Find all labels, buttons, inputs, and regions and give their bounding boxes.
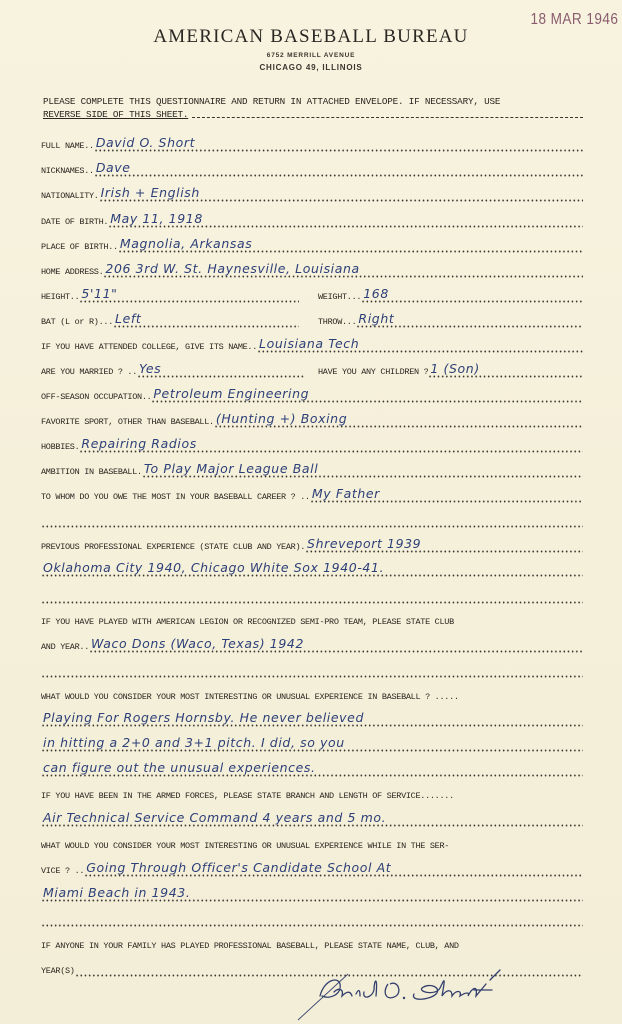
place-of-birth-value: Magnolia, Arkansas bbox=[120, 237, 253, 251]
service-experience-value1: Going Through Officer's Candidate School… bbox=[86, 861, 391, 875]
service-experience-value2: Miami Beach in 1943. bbox=[43, 886, 190, 900]
weight-value: 168 bbox=[363, 287, 389, 301]
semi-pro-line[interactable]: Waco Dons (Waco, Texas) 1942 bbox=[89, 637, 583, 653]
college-value: Louisiana Tech bbox=[259, 337, 359, 351]
armed-forces-label: IF YOU HAVE BEEN IN THE ARMED FORCES, PL… bbox=[41, 791, 454, 802]
favorite-sport-value: (Hunting +) Boxing bbox=[216, 412, 347, 426]
field-nationality: NATIONALITY. Irish + English bbox=[41, 186, 583, 202]
service-experience-line1[interactable]: Going Through Officer's Candidate School… bbox=[84, 861, 583, 877]
organization-name: AMERICAN BASEBALL BUREAU bbox=[0, 26, 622, 48]
off-season-occupation-line[interactable]: Petroleum Engineering bbox=[151, 387, 583, 403]
family-baseball-label-line1: IF ANYONE IN YOUR FAMILY HAS PLAYED PROF… bbox=[41, 941, 459, 952]
nicknames-line[interactable]: Dave bbox=[94, 161, 583, 177]
ambition-label: AMBITION IN BASEBALL. bbox=[41, 467, 142, 478]
previous-experience-line3[interactable] bbox=[41, 588, 583, 604]
semi-pro-line2[interactable] bbox=[41, 662, 583, 678]
date-of-birth-value: May 11, 1918 bbox=[110, 212, 203, 226]
owe-most-continuation-line[interactable] bbox=[41, 512, 583, 528]
service-experience-row3 bbox=[41, 911, 583, 927]
semi-pro-value: Waco Dons (Waco, Texas) 1942 bbox=[91, 637, 304, 651]
place-of-birth-label: PLACE OF BIRTH.. bbox=[41, 242, 118, 253]
field-throw: THROW... Right bbox=[318, 312, 583, 328]
field-height: HEIGHT.. 5'11" bbox=[41, 287, 299, 303]
field-armed-forces: IF YOU HAVE BEEN IN THE ARMED FORCES, PL… bbox=[41, 786, 583, 802]
off-season-occupation-label: OFF-SEASON OCCUPATION.. bbox=[41, 392, 151, 403]
nationality-line[interactable]: Irish + English bbox=[99, 186, 583, 202]
ambition-value: To Play Major League Ball bbox=[144, 462, 318, 476]
married-label: ARE YOU MARRIED ? .. bbox=[41, 367, 137, 378]
semi-pro-extra bbox=[41, 662, 583, 678]
field-hobbies: HOBBIES. Repairing Radios bbox=[41, 437, 583, 453]
married-line[interactable]: Yes bbox=[137, 362, 304, 378]
field-nicknames: NICKNAMES.. Dave bbox=[41, 161, 583, 177]
college-label: IF YOU HAVE ATTENDED COLLEGE, GIVE ITS N… bbox=[41, 342, 257, 353]
ambition-line[interactable]: To Play Major League Ball bbox=[142, 462, 583, 478]
field-semi-pro: AND YEAR.. Waco Dons (Waco, Texas) 1942 bbox=[41, 637, 583, 653]
baseball-experience-label: WHAT WOULD YOU CONSIDER YOUR MOST INTERE… bbox=[41, 692, 459, 703]
throw-line[interactable]: Right bbox=[356, 312, 583, 328]
family-baseball-label-line2: YEAR(S) bbox=[41, 966, 75, 977]
field-college: IF YOU HAVE ATTENDED COLLEGE, GIVE ITS N… bbox=[41, 337, 583, 353]
baseball-experience-value1: Playing For Rogers Hornsby. He never bel… bbox=[43, 711, 364, 725]
full-name-line[interactable]: David O. Short bbox=[94, 136, 583, 152]
previous-experience-continuation: Oklahoma City 1940, Chicago White Sox 19… bbox=[41, 561, 583, 577]
instructions-dash-rule bbox=[192, 117, 583, 118]
home-address-line[interactable]: 206 3rd W. St. Haynesville, Louisiana bbox=[103, 262, 583, 278]
service-experience-line2[interactable]: Miami Beach in 1943. bbox=[41, 886, 583, 902]
field-weight: WEIGHT... 168 bbox=[318, 287, 583, 303]
baseball-experience-row2: in hitting a 2+0 and 3+1 pitch. I did, s… bbox=[41, 736, 583, 752]
armed-forces-line[interactable]: Air Technical Service Command 4 years an… bbox=[41, 811, 583, 827]
favorite-sport-line[interactable]: (Hunting +) Boxing bbox=[214, 412, 583, 428]
baseball-experience-value2: in hitting a 2+0 and 3+1 pitch. I did, s… bbox=[43, 736, 345, 750]
previous-experience-value2: Oklahoma City 1940, Chicago White Sox 19… bbox=[43, 561, 384, 575]
semi-pro-label-line2: AND YEAR.. bbox=[41, 642, 89, 653]
field-semi-pro-label: IF YOU HAVE PLAYED WITH AMERICAN LEGION … bbox=[41, 612, 583, 628]
date-of-birth-label: DATE OF BIRTH. bbox=[41, 217, 108, 228]
nicknames-label: NICKNAMES.. bbox=[41, 166, 94, 177]
field-bat: BAT (L or R)... Left bbox=[41, 312, 299, 328]
weight-label: WEIGHT... bbox=[318, 292, 361, 303]
field-off-season-occupation: OFF-SEASON OCCUPATION.. Petroleum Engine… bbox=[41, 387, 583, 403]
baseball-experience-line1[interactable]: Playing For Rogers Hornsby. He never bel… bbox=[41, 711, 583, 727]
field-date-of-birth: DATE OF BIRTH. May 11, 1918 bbox=[41, 212, 583, 228]
weight-line[interactable]: 168 bbox=[361, 287, 583, 303]
nationality-value: Irish + English bbox=[101, 186, 200, 200]
field-ambition: AMBITION IN BASEBALL. To Play Major Leag… bbox=[41, 462, 583, 478]
hobbies-value: Repairing Radios bbox=[81, 437, 196, 451]
nicknames-value: Dave bbox=[96, 161, 131, 175]
service-experience-label-line1: WHAT WOULD YOU CONSIDER YOUR MOST INTERE… bbox=[41, 841, 449, 852]
field-full-name: FULL NAME.. David O. Short bbox=[41, 136, 583, 152]
instructions-line1: PLEASE COMPLETE THIS QUESTIONNAIRE AND R… bbox=[43, 95, 583, 108]
previous-experience-line1[interactable]: Shreveport 1939 bbox=[305, 537, 583, 553]
children-line[interactable]: 1 (Son) bbox=[428, 362, 583, 378]
organization-street: 6752 MERRILL AVENUE bbox=[0, 52, 622, 59]
questionnaire-page: 18 MAR 1946 AMERICAN BASEBALL BUREAU 675… bbox=[0, 0, 622, 1024]
field-place-of-birth: PLACE OF BIRTH.. Magnolia, Arkansas bbox=[41, 237, 583, 253]
throw-value: Right bbox=[358, 312, 394, 326]
field-family-baseball-label: IF ANYONE IN YOUR FAMILY HAS PLAYED PROF… bbox=[41, 936, 583, 952]
throw-label: THROW... bbox=[318, 317, 356, 328]
full-name-label: FULL NAME.. bbox=[41, 141, 94, 152]
owe-most-extra-line bbox=[41, 512, 583, 528]
baseball-experience-value3: can figure out the unusual experiences. bbox=[43, 761, 316, 775]
full-name-value: David O. Short bbox=[96, 136, 195, 150]
children-value: 1 (Son) bbox=[430, 362, 479, 376]
hobbies-line[interactable]: Repairing Radios bbox=[79, 437, 583, 453]
instructions-line2: REVERSE SIDE OF THIS SHEET. bbox=[43, 108, 188, 121]
home-address-label: HOME ADDRESS. bbox=[41, 267, 103, 278]
service-experience-line3[interactable] bbox=[41, 911, 583, 927]
field-service-experience-label: WHAT WOULD YOU CONSIDER YOUR MOST INTERE… bbox=[41, 836, 583, 852]
service-experience-label-line2: VICE ? .. bbox=[41, 866, 84, 877]
signature-scrawl-icon bbox=[290, 966, 530, 1022]
baseball-experience-row3: can figure out the unusual experiences. bbox=[41, 761, 583, 777]
previous-experience-line2[interactable]: Oklahoma City 1940, Chicago White Sox 19… bbox=[41, 561, 583, 577]
field-service-experience: VICE ? .. Going Through Officer's Candid… bbox=[41, 861, 583, 877]
instructions: PLEASE COMPLETE THIS QUESTIONNAIRE AND R… bbox=[43, 95, 583, 121]
height-line[interactable]: 5'11" bbox=[79, 287, 299, 303]
signature bbox=[290, 966, 530, 1022]
place-of-birth-line[interactable]: Magnolia, Arkansas bbox=[118, 237, 583, 253]
height-label: HEIGHT.. bbox=[41, 292, 79, 303]
baseball-experience-line3[interactable]: can figure out the unusual experiences. bbox=[41, 761, 583, 777]
off-season-occupation-value: Petroleum Engineering bbox=[153, 387, 309, 401]
owe-most-value: My Father bbox=[312, 487, 380, 501]
owe-most-line[interactable]: My Father bbox=[310, 487, 583, 503]
nationality-label: NATIONALITY. bbox=[41, 191, 99, 202]
home-address-value: 206 3rd W. St. Haynesville, Louisiana bbox=[105, 262, 359, 276]
married-value: Yes bbox=[139, 362, 161, 376]
field-favorite-sport: FAVORITE SPORT, OTHER THAN BASEBALL. (Hu… bbox=[41, 412, 583, 428]
favorite-sport-label: FAVORITE SPORT, OTHER THAN BASEBALL. bbox=[41, 417, 214, 428]
field-baseball-experience: WHAT WOULD YOU CONSIDER YOUR MOST INTERE… bbox=[41, 687, 583, 703]
bat-line[interactable]: Left bbox=[113, 312, 299, 328]
field-previous-experience: PREVIOUS PROFESSIONAL EXPERIENCE (STATE … bbox=[41, 537, 583, 553]
owe-most-label: TO WHOM DO YOU OWE THE MOST IN YOUR BASE… bbox=[41, 492, 310, 503]
hobbies-label: HOBBIES. bbox=[41, 442, 79, 453]
previous-experience-extra bbox=[41, 588, 583, 604]
college-line[interactable]: Louisiana Tech bbox=[257, 337, 583, 353]
field-married: ARE YOU MARRIED ? .. Yes bbox=[41, 362, 304, 378]
armed-forces-row: Air Technical Service Command 4 years an… bbox=[41, 811, 583, 827]
field-children: HAVE YOU ANY CHILDREN ? 1 (Son) bbox=[318, 362, 583, 378]
semi-pro-label-line1: IF YOU HAVE PLAYED WITH AMERICAN LEGION … bbox=[41, 617, 454, 628]
bat-value: Left bbox=[115, 312, 141, 326]
organization-city: CHICAGO 49, ILLINOIS bbox=[0, 63, 622, 72]
field-home-address: HOME ADDRESS. 206 3rd W. St. Haynesville… bbox=[41, 262, 583, 278]
armed-forces-value: Air Technical Service Command 4 years an… bbox=[43, 811, 386, 825]
service-experience-row2: Miami Beach in 1943. bbox=[41, 886, 583, 902]
bat-label: BAT (L or R)... bbox=[41, 317, 113, 328]
baseball-experience-row1: Playing For Rogers Hornsby. He never bel… bbox=[41, 711, 583, 727]
children-label: HAVE YOU ANY CHILDREN ? bbox=[318, 367, 428, 378]
field-owe-most: TO WHOM DO YOU OWE THE MOST IN YOUR BASE… bbox=[41, 487, 583, 503]
date-of-birth-line[interactable]: May 11, 1918 bbox=[108, 212, 583, 228]
height-value: 5'11" bbox=[81, 287, 117, 301]
baseball-experience-line2[interactable]: in hitting a 2+0 and 3+1 pitch. I did, s… bbox=[41, 736, 583, 752]
previous-experience-value1: Shreveport 1939 bbox=[307, 537, 421, 551]
previous-experience-label: PREVIOUS PROFESSIONAL EXPERIENCE (STATE … bbox=[41, 542, 305, 553]
